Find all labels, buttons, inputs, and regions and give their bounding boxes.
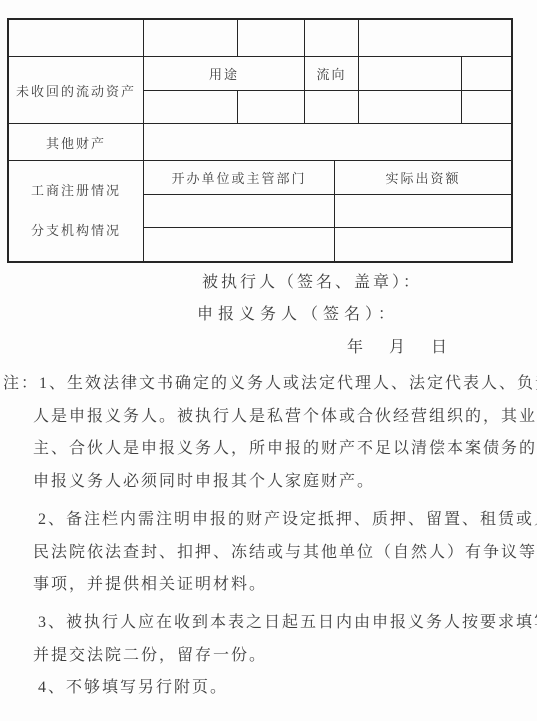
note-line: 并提交法院二份，留存一份。 bbox=[3, 640, 523, 673]
table-subrow: 用途 流向 bbox=[144, 57, 511, 91]
property-declaration-table: 未收回的流动资产 用途 流向 bbox=[7, 18, 513, 263]
registration-label-line2: 分支机构情况 bbox=[31, 211, 121, 251]
empty-cell bbox=[144, 195, 335, 227]
note-item-2: 2、备注栏内需注明申报的财产设定抵押、质押、留置、租赁或人 民法院依法查封、扣押… bbox=[3, 504, 523, 602]
table-subrow bbox=[144, 91, 511, 124]
flow-header: 流向 bbox=[305, 57, 359, 90]
note-line: 3、被执行人应在收到本表之日起五日内由申报义务人按要求填写 bbox=[3, 607, 523, 640]
table-subrow bbox=[144, 195, 511, 228]
empty-cell bbox=[335, 195, 511, 227]
declarant-signature-line: 申报义务人（签名）： bbox=[197, 306, 399, 324]
actual-capital-header: 实际出资额 bbox=[335, 161, 511, 194]
note-item-3: 3、被执行人应在收到本表之日起五日内由申报义务人按要求填写 并提交法院二份，留存… bbox=[3, 607, 523, 672]
note-line: 民法院依法查封、扣押、冻结或与其他单位（自然人）有争议等 bbox=[3, 537, 523, 570]
table-row-uncollected-assets: 未收回的流动资产 用途 流向 bbox=[9, 57, 511, 124]
note-line: 申报义务人必须同时申报其个人家庭财产。 bbox=[3, 466, 523, 499]
note-line: 事项，并提供相关证明材料。 bbox=[3, 569, 523, 602]
table-subrow: 开办单位或主管部门 实际出资额 bbox=[144, 161, 511, 195]
note-item-4: 4、不够填写另行附页。 bbox=[3, 672, 523, 705]
empty-cell bbox=[238, 20, 305, 56]
purpose-header: 用途 bbox=[144, 57, 305, 90]
uncollected-assets-label: 未收回的流动资产 bbox=[9, 57, 144, 123]
table-row-other-property: 其他财产 bbox=[9, 124, 511, 161]
empty-cell bbox=[359, 91, 462, 124]
empty-cell bbox=[462, 57, 511, 90]
table-row bbox=[9, 20, 511, 57]
empty-cell bbox=[238, 91, 305, 124]
date-line: 年 月 日 bbox=[347, 339, 452, 357]
empty-cell bbox=[462, 91, 511, 124]
empty-cell bbox=[144, 20, 238, 56]
registration-label: 工商注册情况 分支机构情况 bbox=[9, 161, 144, 261]
founder-dept-header: 开办单位或主管部门 bbox=[144, 161, 335, 194]
note-line: 人是申报义务人。被执行人是私营个体或合伙经营组织的，其业 bbox=[3, 401, 523, 434]
empty-cell bbox=[335, 228, 511, 261]
empty-cell bbox=[9, 20, 144, 56]
executee-signature-line: 被执行人（签名、盖章）： bbox=[202, 274, 422, 292]
empty-cell bbox=[359, 57, 462, 90]
note-line: 注：1、生效法律文书确定的义务人或法定代理人、法定代表人、负责 bbox=[3, 368, 523, 401]
uncollected-assets-subgrid: 用途 流向 bbox=[144, 57, 511, 123]
empty-cell bbox=[305, 20, 359, 56]
note-line: 主、合伙人是申报义务人，所申报的财产不足以清偿本案债务的， bbox=[3, 433, 523, 466]
note-line: 4、不够填写另行附页。 bbox=[3, 672, 523, 705]
empty-cell bbox=[305, 91, 359, 124]
other-property-label-text: 其他财产 bbox=[46, 133, 106, 152]
scanned-form-page: 未收回的流动资产 用途 流向 bbox=[0, 0, 537, 721]
table-subrow bbox=[144, 228, 511, 261]
other-property-label: 其他财产 bbox=[9, 124, 144, 160]
table-row-registration: 工商注册情况 分支机构情况 开办单位或主管部门 实际出资额 bbox=[9, 161, 511, 261]
registration-subgrid: 开办单位或主管部门 实际出资额 bbox=[144, 161, 511, 261]
empty-cell bbox=[144, 228, 335, 261]
empty-cell bbox=[144, 124, 511, 160]
empty-cell bbox=[359, 20, 511, 56]
note-line: 2、备注栏内需注明申报的财产设定抵押、质押、留置、租赁或人 bbox=[3, 504, 523, 537]
empty-cell bbox=[144, 91, 238, 124]
registration-label-line1: 工商注册情况 bbox=[31, 171, 121, 211]
uncollected-assets-label-text: 未收回的流动资产 bbox=[16, 81, 136, 100]
note-item-1: 注：1、生效法律文书确定的义务人或法定代理人、法定代表人、负责 人是申报义务人。… bbox=[3, 368, 523, 498]
